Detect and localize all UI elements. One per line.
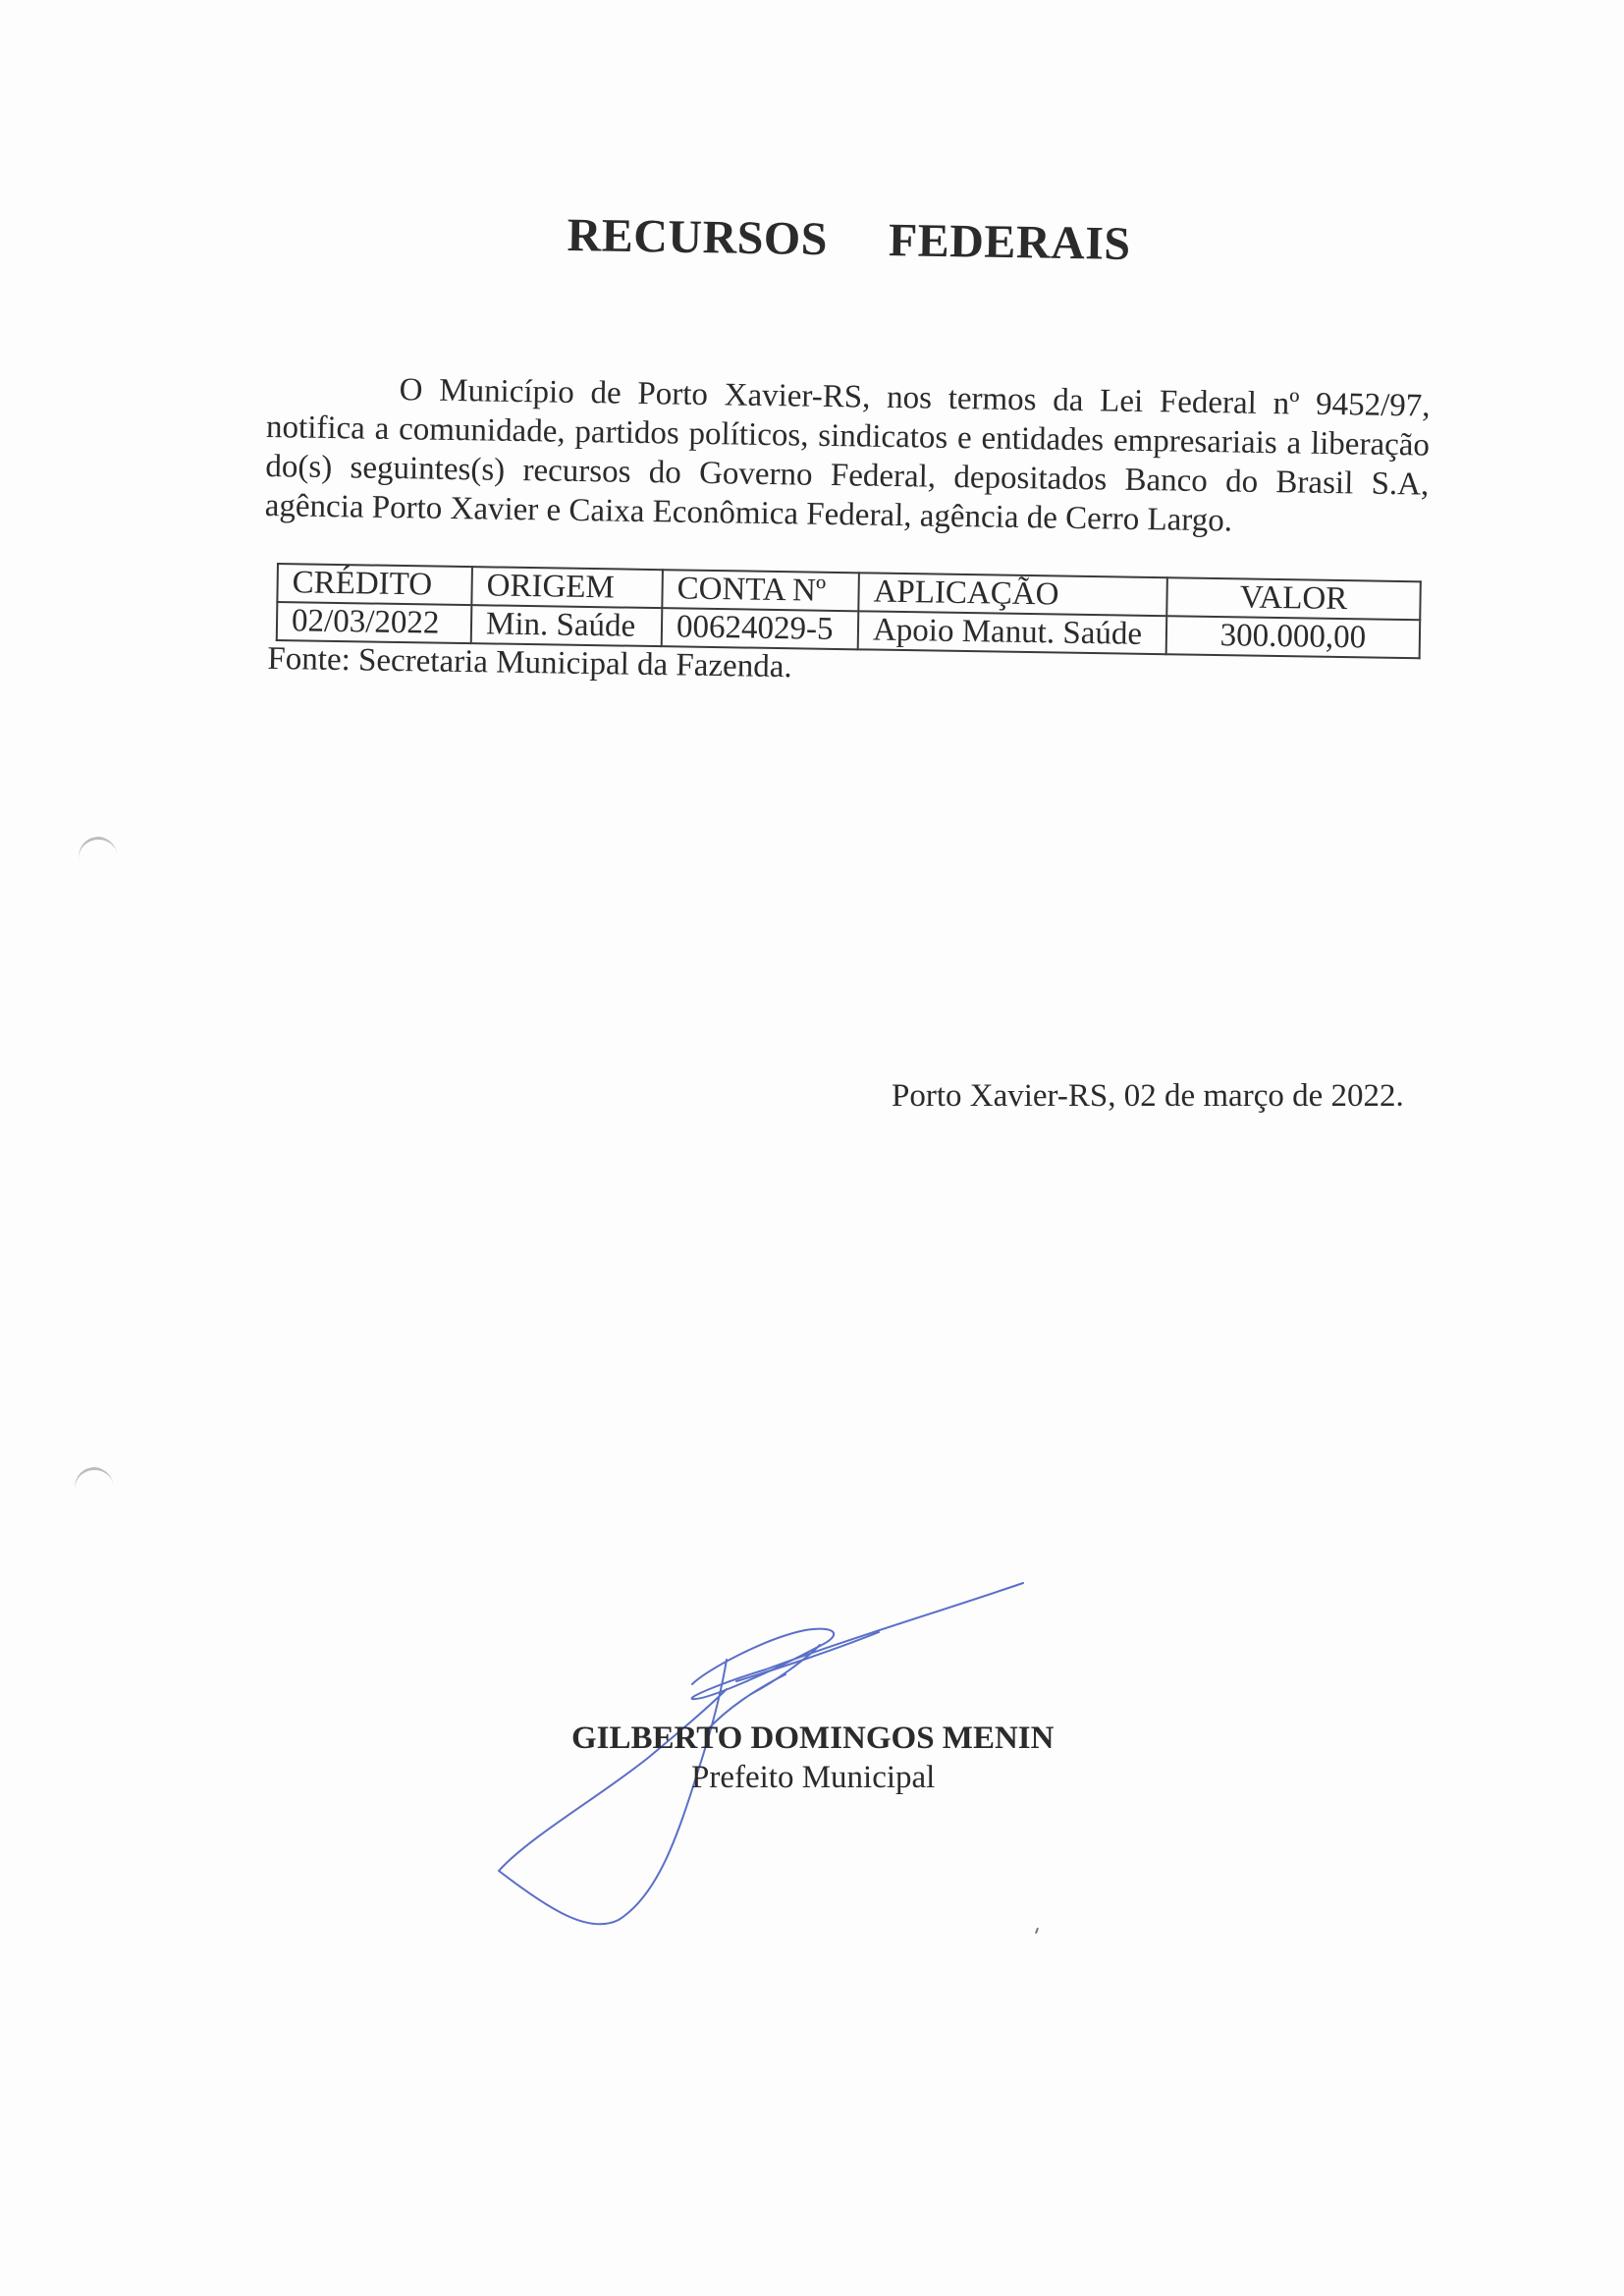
cell-conta: 00624029-5 [662, 608, 859, 649]
cell-origem: Min. Saúde [471, 605, 663, 646]
header-aplicacao: APLICAÇÃO [858, 573, 1167, 616]
place-date: Porto Xavier-RS, 02 de março de 2022. [892, 1078, 1404, 1115]
signer-role: Prefeito Municipal [691, 1760, 935, 1796]
notice-paragraph: O Município de Porto Xavier-RS, nos term… [264, 368, 1430, 544]
title-word-federais: FEDERAIS [889, 214, 1132, 270]
scan-speck [1035, 1928, 1039, 1934]
header-conta: CONTA Nº [662, 570, 859, 611]
document-page: RECURSOSFEDERAIS O Município de Porto Xa… [0, 0, 1624, 2296]
header-credito: CRÉDITO [277, 564, 472, 605]
header-valor: VALOR [1166, 577, 1421, 620]
header-origem: ORIGEM [471, 567, 663, 608]
cell-aplicacao: Apoio Manut. Saúde [858, 611, 1167, 654]
resources-table-block: CRÉDITO ORIGEM CONTA Nº APLICAÇÃO VALOR … [275, 563, 1422, 695]
punch-hole-mark [72, 1464, 117, 1511]
title-word-recursos: RECURSOS [567, 209, 828, 265]
signature-icon [0, 0, 1624, 2296]
cell-valor: 300.000,00 [1166, 616, 1421, 658]
cell-credito: 02/03/2022 [277, 602, 472, 643]
document-title: RECURSOSFEDERAIS [567, 208, 1157, 271]
punch-hole-mark [76, 834, 121, 881]
signer-name: GILBERTO DOMINGOS MENIN [571, 1721, 1054, 1757]
